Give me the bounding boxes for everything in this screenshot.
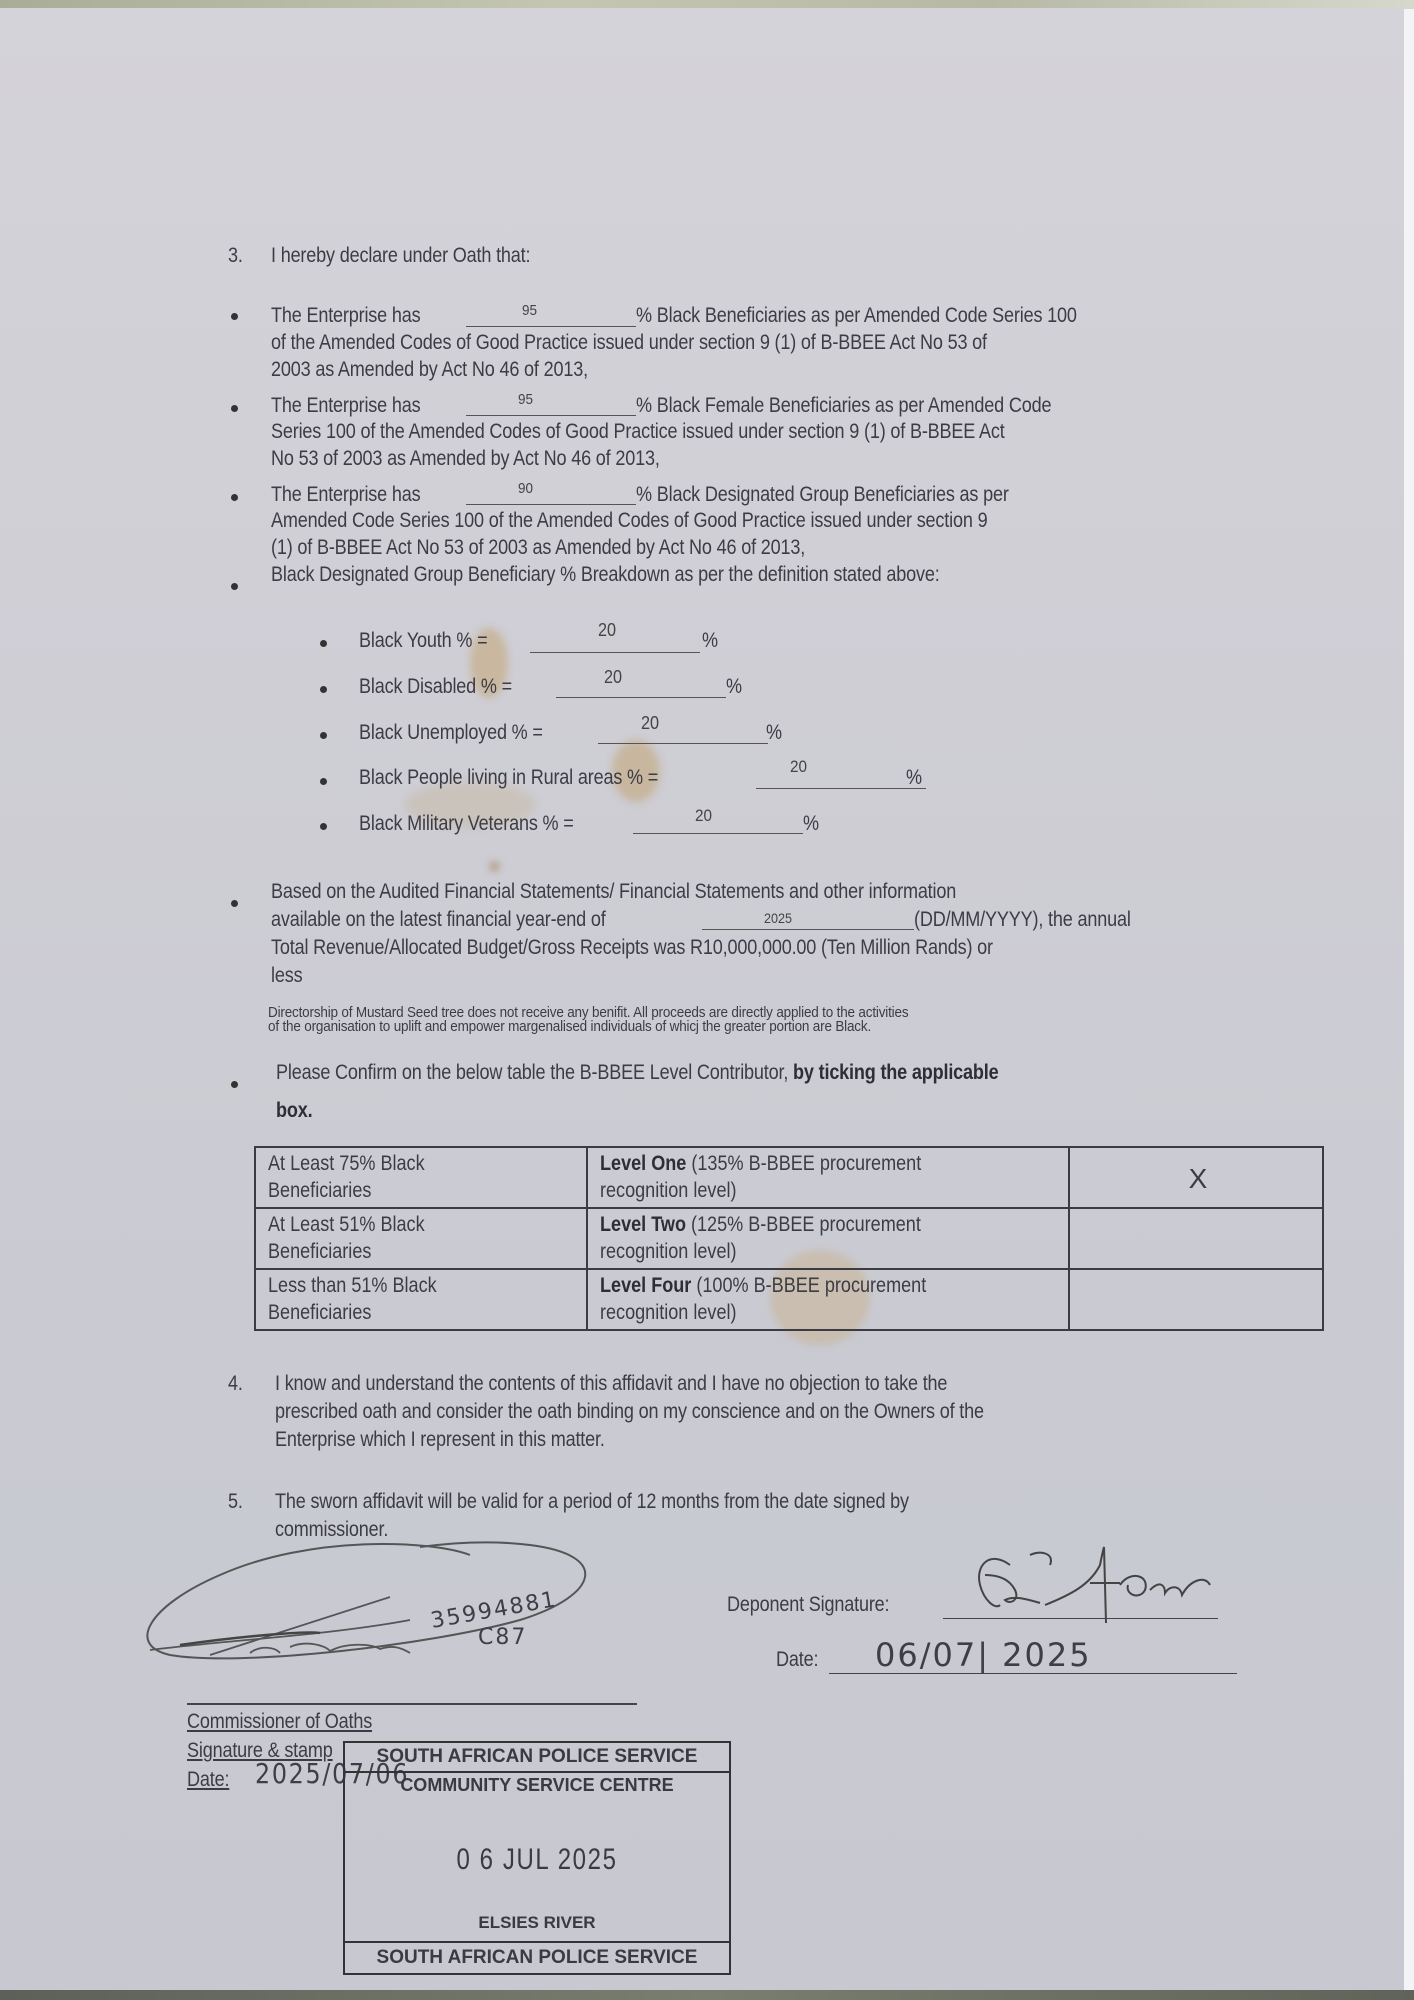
- bullet2-line3: No 53 of 2003 as Amended by Act No 46 of…: [271, 445, 660, 472]
- section4-line1: I know and understand the contents of th…: [275, 1370, 947, 1397]
- bullet3-line1: % Black Designated Group Beneficiaries a…: [636, 481, 1009, 508]
- black-youth-label: Black Youth % =: [359, 627, 487, 654]
- black-female-beneficiaries-value: 95: [518, 391, 533, 408]
- stamp-place: ELSIES RIVER: [345, 1913, 729, 1933]
- black-rural-field[interactable]: [756, 788, 926, 789]
- stain: [490, 862, 499, 871]
- bullet: [231, 900, 238, 907]
- tick-box-level-four[interactable]: [1069, 1269, 1323, 1330]
- tick-box-level-two[interactable]: [1069, 1208, 1323, 1269]
- black-military-veterans-field[interactable]: [633, 833, 803, 834]
- black-rural-label: Black People living in Rural areas % =: [359, 764, 658, 791]
- confirm-line2: box.: [276, 1097, 312, 1124]
- criteria-cell: At Least 51% BlackBeneficiaries: [255, 1208, 587, 1269]
- bullet1-prefix: The Enterprise has: [271, 302, 420, 329]
- table-row: At Least 75% BlackBeneficiaries Level On…: [255, 1147, 1323, 1208]
- financial-line3: Total Revenue/Allocated Budget/Gross Rec…: [271, 934, 993, 961]
- financial-line2-suffix: (DD/MM/YYYY), the annual: [914, 906, 1131, 933]
- percent-suffix: %: [726, 673, 742, 700]
- black-female-beneficiaries-field[interactable]: [466, 415, 636, 416]
- sub-bullet: [320, 640, 327, 647]
- bbbee-level-table: At Least 75% BlackBeneficiaries Level On…: [254, 1146, 1324, 1331]
- black-rural-value: 20: [790, 757, 807, 777]
- financial-line4: less: [271, 962, 302, 989]
- criteria-cell: Less than 51% BlackBeneficiaries: [255, 1269, 587, 1330]
- financial-year-end-value: 2025: [764, 910, 792, 926]
- black-disabled-label: Black Disabled % =: [359, 673, 512, 700]
- black-youth-field[interactable]: [530, 652, 700, 653]
- deponent-signature-label: Deponent Signature:: [727, 1591, 889, 1618]
- section5-line1: The sworn affidavit will be valid for a …: [275, 1488, 909, 1515]
- deponent-signature: [970, 1545, 1220, 1625]
- black-disabled-field[interactable]: [556, 697, 726, 698]
- financial-line1: Based on the Audited Financial Statement…: [271, 878, 956, 905]
- sub-bullet: [320, 732, 327, 739]
- financial-line2-prefix: available on the latest financial year-e…: [271, 906, 606, 933]
- section4-line3: Enterprise which I represent in this mat…: [275, 1426, 605, 1453]
- sub-bullet: [320, 686, 327, 693]
- bullet: [231, 1081, 238, 1088]
- section4-number: 4.: [228, 1370, 243, 1397]
- tick-box-level-one[interactable]: X: [1069, 1147, 1323, 1208]
- bullet3-prefix: The Enterprise has: [271, 481, 420, 508]
- black-designated-group-value: 90: [518, 480, 533, 497]
- commissioner-title: Commissioner of Oaths: [187, 1708, 372, 1735]
- sub-bullet: [320, 823, 327, 830]
- photo-background-bottom: [0, 1990, 1414, 2000]
- confirm-normal: Please Confirm on the below table the B-…: [276, 1061, 788, 1084]
- deponent-date-label: Date:: [776, 1646, 818, 1673]
- black-youth-value: 20: [598, 620, 616, 641]
- bullet: [231, 583, 238, 590]
- black-unemployed-field[interactable]: [598, 743, 768, 744]
- bullet2-prefix: The Enterprise has: [271, 392, 420, 419]
- commissioner-signature-line: [187, 1703, 637, 1705]
- bullet2-line1: % Black Female Beneficiaries as per Amen…: [636, 392, 1051, 419]
- bullet: [231, 494, 238, 501]
- section5-number: 5.: [228, 1488, 243, 1515]
- table-row: Less than 51% BlackBeneficiaries Level F…: [255, 1269, 1323, 1330]
- saps-stamp: SOUTH AFRICAN POLICE SERVICE COMMUNITY S…: [343, 1741, 731, 1975]
- breakdown-heading: Black Designated Group Beneficiary % Bre…: [271, 561, 940, 588]
- table-row: At Least 51% BlackBeneficiaries Level Tw…: [255, 1208, 1323, 1269]
- stamp-sub: COMMUNITY SERVICE CENTRE: [345, 1775, 729, 1796]
- commissioner-rank: C87: [478, 1625, 527, 1650]
- financial-year-end-field[interactable]: [702, 929, 914, 930]
- percent-suffix: %: [766, 719, 782, 746]
- stamp-top: SOUTH AFRICAN POLICE SERVICE: [345, 1743, 729, 1773]
- bullet2-line2: Series 100 of the Amended Codes of Good …: [271, 418, 1005, 445]
- commissioner-date-label: Date:: [187, 1766, 229, 1793]
- deponent-date-value: 06/07| 2025: [875, 1636, 1092, 1674]
- black-designated-group-field[interactable]: [466, 504, 636, 505]
- bullet3-line3: (1) of B-BBEE Act No 53 of 2003 as Amend…: [271, 534, 805, 561]
- black-unemployed-label: Black Unemployed % =: [359, 719, 543, 746]
- confirm-bold-2: box.: [276, 1099, 312, 1122]
- black-beneficiaries-field[interactable]: [466, 326, 636, 327]
- directorship-note-line2: of the organisation to uplift and empowe…: [268, 1020, 871, 1034]
- black-military-veterans-value: 20: [695, 806, 712, 826]
- section3-number: 3.: [228, 242, 243, 269]
- black-unemployed-value: 20: [641, 713, 659, 734]
- black-beneficiaries-value: 95: [522, 302, 537, 319]
- black-military-veterans-label: Black Military Veterans % =: [359, 810, 574, 837]
- bullet: [231, 313, 238, 320]
- section3-heading: I hereby declare under Oath that:: [271, 242, 530, 269]
- percent-suffix: %: [702, 627, 718, 654]
- confirm-bold: by ticking the applicable: [793, 1061, 998, 1084]
- stamp-date: 0 6 JUL 2025: [383, 1843, 690, 1877]
- bullet: [231, 405, 238, 412]
- section4-line2: prescribed oath and consider the oath bi…: [275, 1398, 984, 1425]
- percent-suffix: %: [906, 764, 922, 791]
- level-cell: Level Two (125% B-BBEE procurementrecogn…: [587, 1208, 1069, 1269]
- percent-suffix: %: [803, 810, 819, 837]
- level-cell: Level One (135% B-BBEE procurementrecogn…: [587, 1147, 1069, 1208]
- level-cell: Level Four (100% B-BBEE procurementrecog…: [587, 1269, 1069, 1330]
- criteria-cell: At Least 75% BlackBeneficiaries: [255, 1147, 587, 1208]
- bullet3-line2: Amended Code Series 100 of the Amended C…: [271, 507, 987, 534]
- black-disabled-value: 20: [604, 667, 622, 688]
- stamp-bottom: SOUTH AFRICAN POLICE SERVICE: [345, 1941, 729, 1973]
- bullet1-line3: 2003 as Amended by Act No 46 of 2013,: [271, 356, 588, 383]
- confirm-line1: Please Confirm on the below table the B-…: [276, 1059, 998, 1086]
- bullet1-line2: of the Amended Codes of Good Practice is…: [271, 329, 987, 356]
- sub-bullet: [320, 778, 327, 785]
- bullet1-line1: % Black Beneficiaries as per Amended Cod…: [636, 302, 1077, 329]
